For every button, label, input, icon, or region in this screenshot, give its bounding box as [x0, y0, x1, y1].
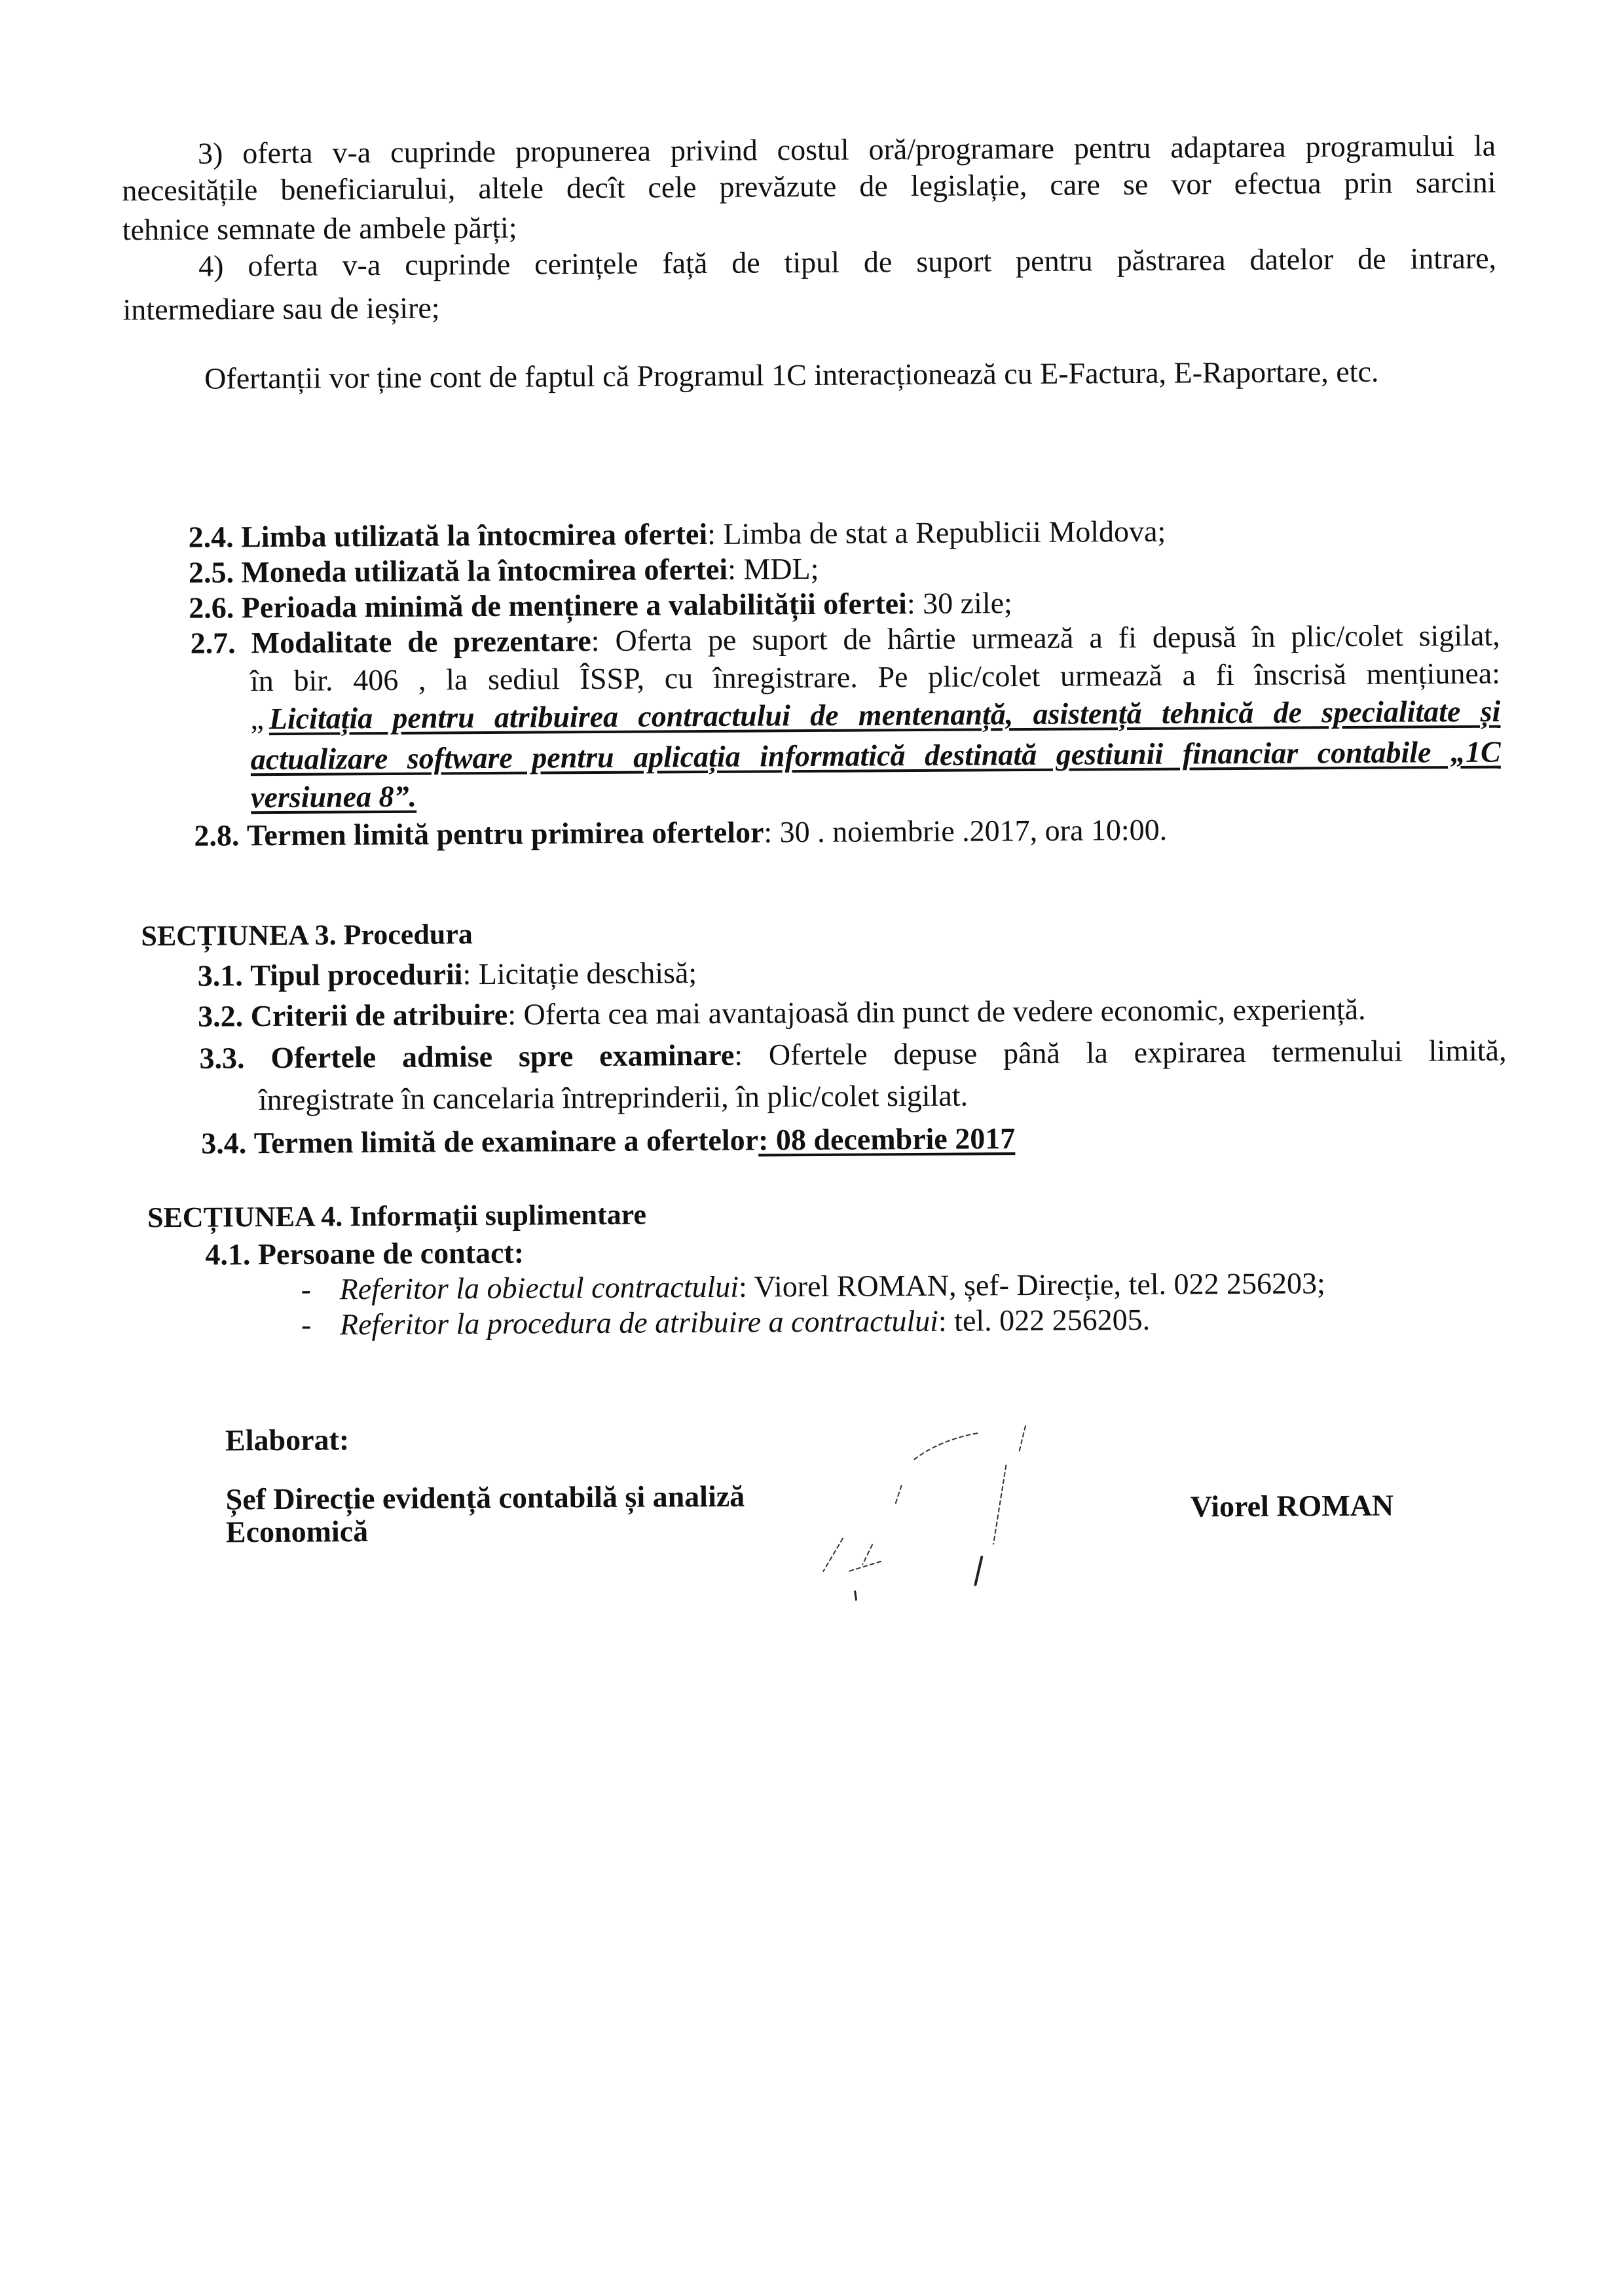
item-2-8: 2.8. Termen limită pentru primirea ofert…: [194, 815, 1167, 851]
item-3-1: 3.1. Tipul procedurii: Licitație deschis…: [198, 958, 697, 991]
item-number: 4.1.: [205, 1237, 250, 1271]
contact-value: : tel. 022 256205.: [938, 1303, 1151, 1338]
handwritten-signature: [809, 1412, 1151, 1611]
contact-role: Referitor la obiectul contractului: [340, 1270, 739, 1306]
item-number: 3.3.: [199, 1041, 244, 1074]
item-label: Tipul procedurii: [250, 957, 463, 992]
item-number: 3.2.: [198, 999, 243, 1032]
item-label: Modalitate de prezentare: [251, 624, 591, 659]
item-label: Termen limită de examinare a ofertelor: [254, 1123, 759, 1160]
signatory-position-line-2: Economică: [226, 1516, 368, 1547]
item-label: Termen limită pentru primirea ofertelor: [247, 815, 764, 852]
item-2-7: 2.7. Modalitate de prezentare: Oferta pe…: [191, 621, 1500, 659]
paragraph-4-line-1: 4) oferta v-a cuprinde cerințele față de…: [198, 244, 1496, 282]
paragraph-3-line-3: tehnice semnate de ambele părți;: [122, 213, 517, 246]
item-3-3: 3.3. Ofertele admise spre examinare: Ofe…: [199, 1036, 1506, 1074]
quote-open: „: [250, 704, 264, 734]
item-2-4: 2.4. Limba utilizată la întocmirea ofert…: [189, 517, 1166, 553]
item-2-7-mention-line-2: actualizare software pentru aplicația in…: [251, 737, 1501, 775]
item-label: Perioada minimă de menținere a valabilit…: [242, 587, 907, 624]
item-label: Criterii de atribuire: [250, 998, 507, 1032]
item-number: 2.8.: [194, 818, 239, 852]
contact-item: -Referitor la procedura de atribuire a c…: [301, 1305, 1150, 1340]
item-number: 3.1.: [198, 958, 243, 992]
item-value: : Oferta cea mai avantajoasă din punct d…: [507, 993, 1366, 1031]
item-2-7-mention-line-3: versiunea 8”.: [251, 782, 416, 813]
item-value: : Licitație deschisă;: [462, 956, 697, 991]
paragraph-3-line-1: 3) oferta v-a cuprinde propunerea privin…: [198, 131, 1496, 169]
contact-item: -Referitor la obiectul contractului: Vio…: [301, 1268, 1325, 1305]
item-number: 2.5.: [189, 555, 234, 589]
signature-strokes-icon: [809, 1412, 1151, 1611]
item-value: : Limba de stat a Republicii Moldova;: [707, 515, 1166, 551]
item-2-6: 2.6. Perioada minimă de menținere a vala…: [189, 588, 1012, 623]
item-label: Limba utilizată la întocmirea ofertei: [241, 517, 707, 553]
item-number: 3.4.: [201, 1126, 246, 1159]
item-number: 2.7.: [190, 626, 235, 659]
item-label: Ofertele admise spre examinare: [270, 1038, 734, 1074]
item-value: : Oferta pe suport de hârtie urmează a f…: [591, 619, 1500, 657]
item-2-7-mention-line-1: „ Licitația pentru atribuirea contractul…: [250, 697, 1500, 735]
mention-text: Licitația pentru atribuirea contractului…: [269, 697, 1501, 734]
section-3-title: SECȚIUNEA 3. Procedura: [141, 920, 473, 951]
elaborated-label: Elaborat:: [225, 1425, 349, 1455]
bullet-dash: -: [301, 1309, 340, 1339]
section-4-title: SECȚIUNEA 4. Informații suplimentare: [147, 1201, 646, 1233]
item-value: : Ofertele depuse până la expirarea term…: [734, 1034, 1506, 1072]
contact-value: : Viorel ROMAN, șef- Direcție, tel. 022 …: [739, 1266, 1325, 1303]
paragraph-4-line-2: intermediare sau de ieșire;: [122, 293, 439, 325]
item-label: Moneda utilizată la întocmirea ofertei: [241, 553, 728, 589]
item-2-5: 2.5. Moneda utilizată la întocmirea ofer…: [189, 554, 819, 588]
item-value: : 30 zile;: [907, 586, 1012, 620]
paragraph-3-line-2: necesitățile beneficiarului, altele decî…: [122, 168, 1496, 206]
note-1c-integration: Ofertanții vor ține cont de faptul că Pr…: [204, 357, 1378, 394]
item-3-2: 3.2. Criterii de atribuire: Oferta cea m…: [198, 994, 1366, 1032]
item-value-deadline: : 08 decembrie 2017: [758, 1121, 1015, 1156]
item-value: : MDL;: [728, 552, 819, 586]
signatory-position-line-1: Șef Direcție evidență contabilă și anali…: [226, 1482, 745, 1515]
signatory-name: Viorel ROMAN: [1190, 1491, 1394, 1522]
item-number: 2.4.: [189, 520, 234, 553]
item-4-1: 4.1. Persoane de contact:: [205, 1238, 524, 1270]
item-value: : 30 . noiembrie .2017, ora 10:00.: [764, 813, 1167, 849]
item-3-3-continuation: înregistrate în cancelaria întreprinderi…: [259, 1081, 968, 1116]
document-page: 3) oferta v-a cuprinde propunerea privin…: [0, 0, 1624, 2296]
item-label: Persoane de contact:: [258, 1236, 525, 1271]
item-number: 2.6.: [189, 591, 234, 624]
item-2-7-continuation: în bir. 406 , la sediul ÎSSP, cu înregis…: [250, 659, 1500, 697]
bullet-dash: -: [301, 1274, 340, 1304]
item-3-4: 3.4. Termen limită de examinare a oferte…: [201, 1123, 1015, 1159]
contact-role: Referitor la procedura de atribuire a co…: [340, 1304, 938, 1341]
